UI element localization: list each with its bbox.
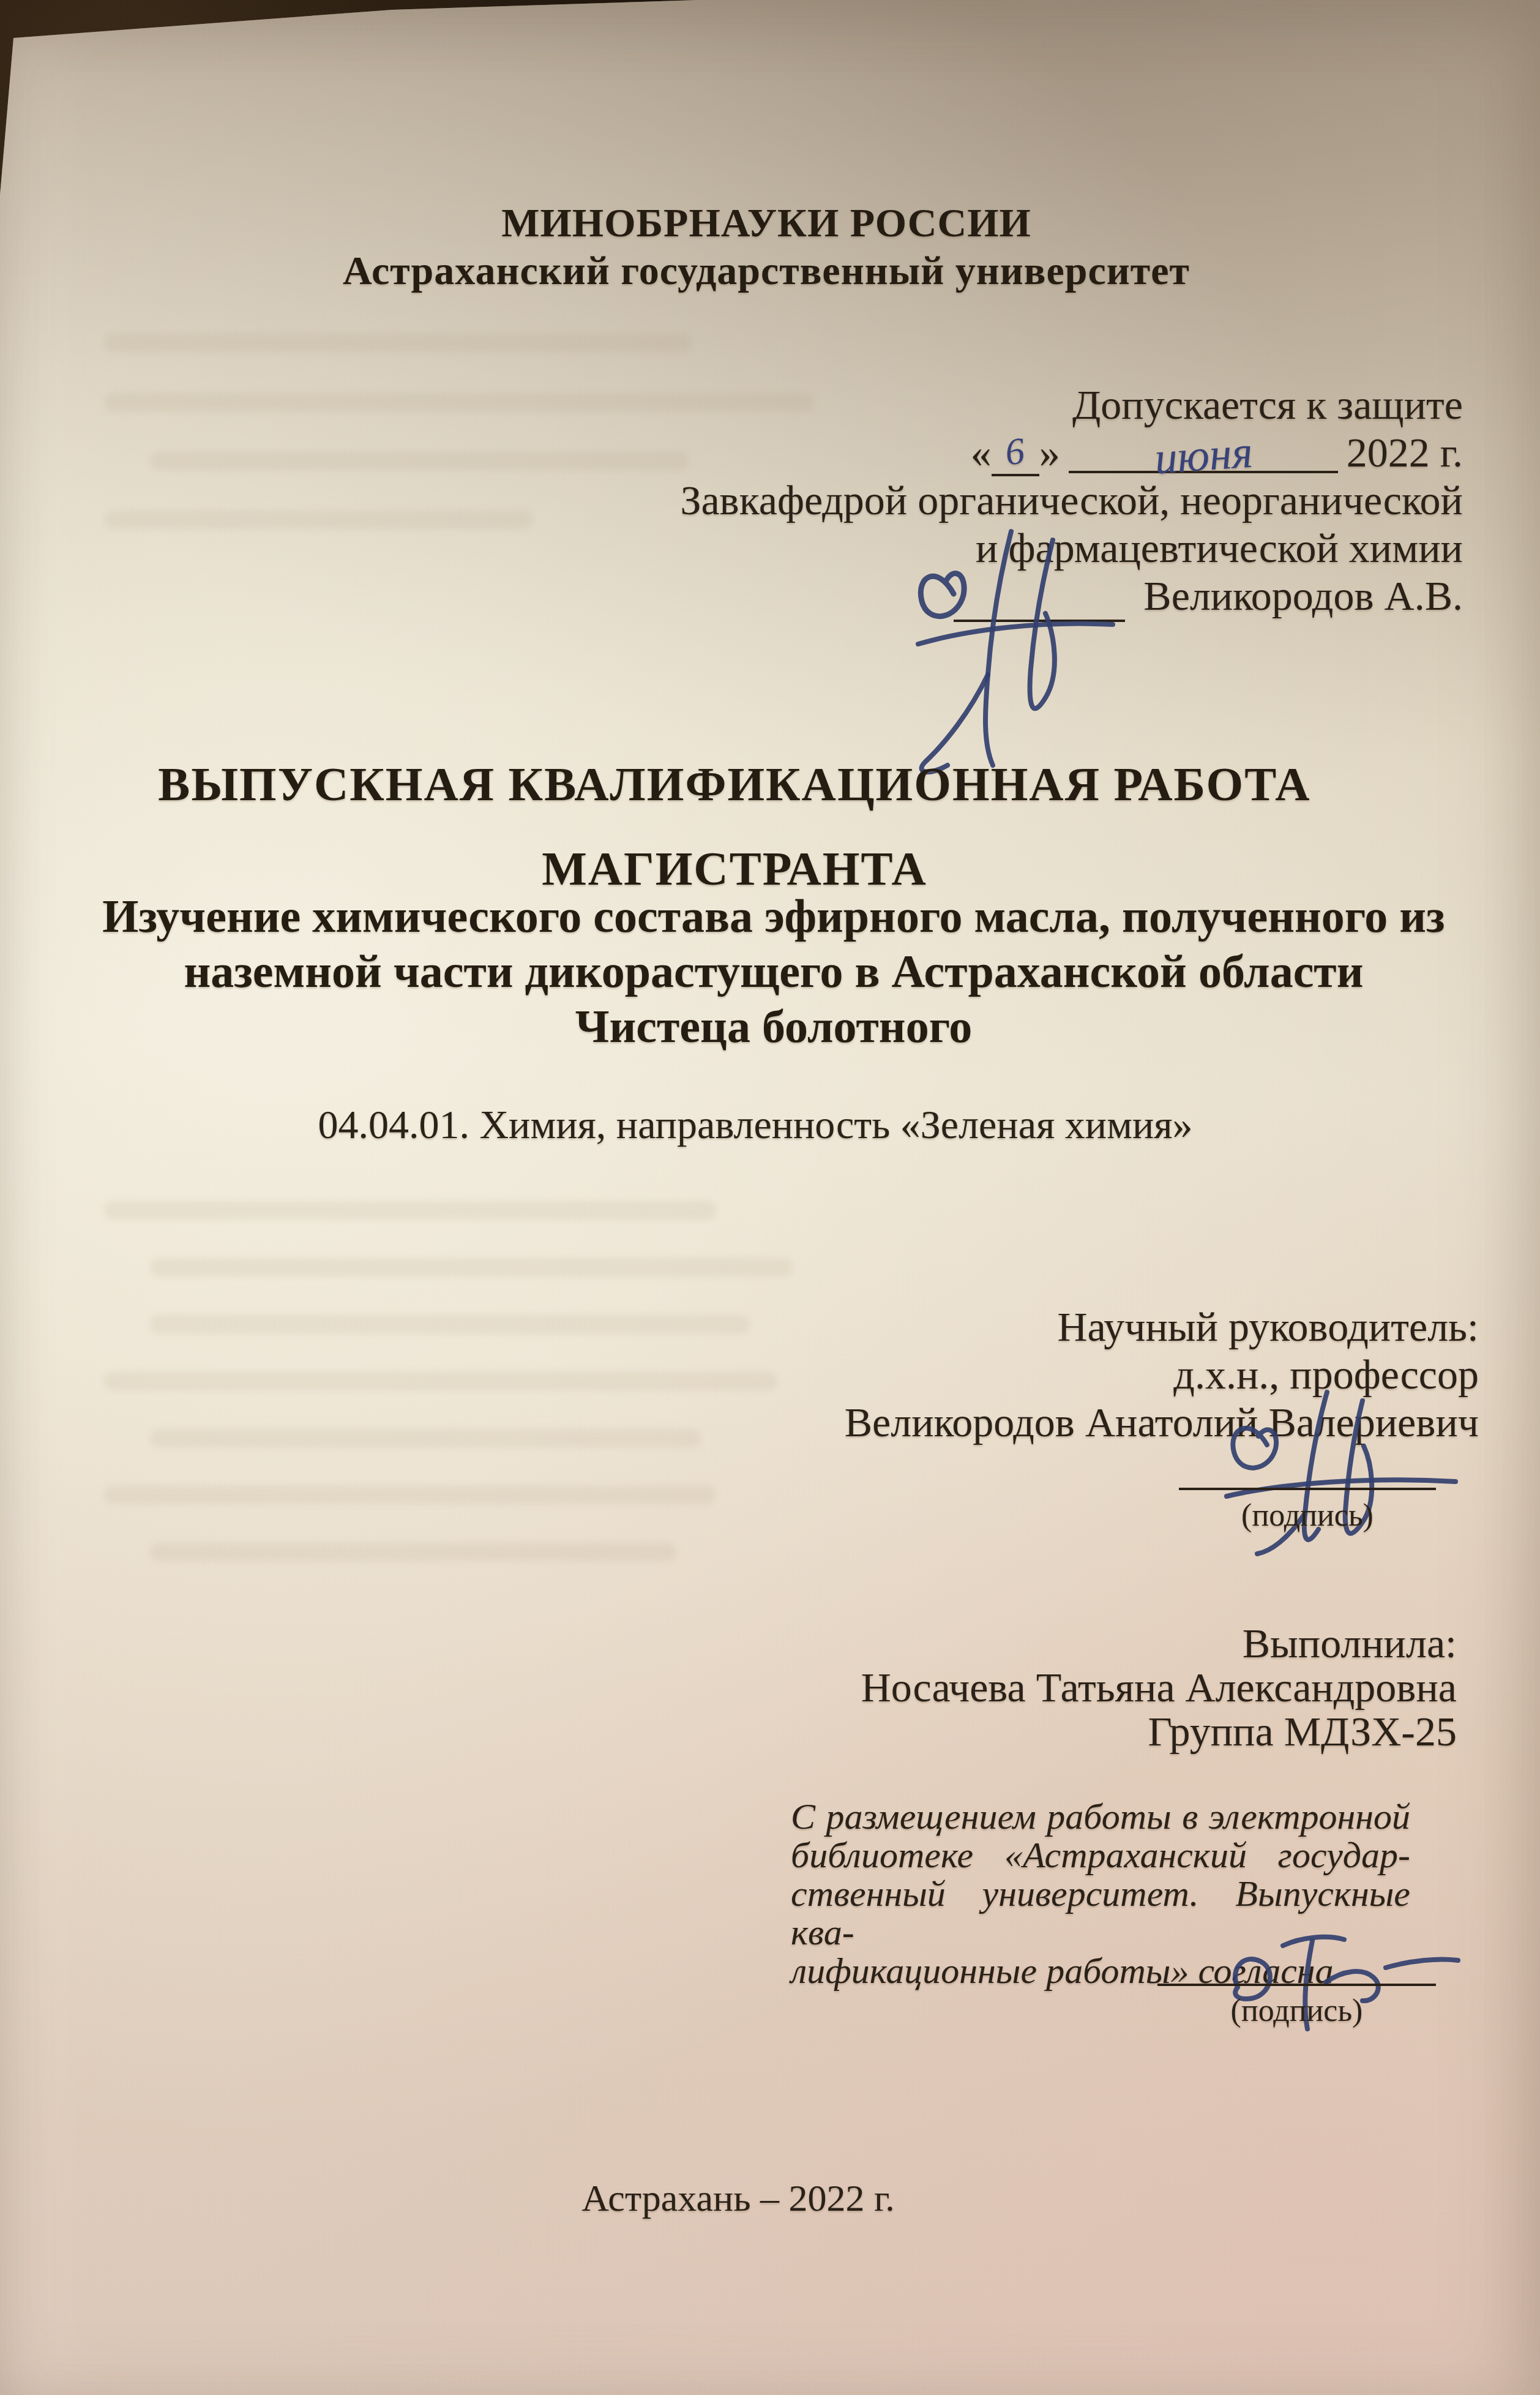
university-name: Астраханский государственный университет	[0, 247, 1536, 295]
student-group: Группа МДЗХ-25	[861, 1709, 1457, 1753]
student-block: Выполнила: Носачева Татьяна Александровн…	[861, 1621, 1457, 1753]
handwritten-day: 6	[1004, 432, 1027, 473]
bleed-through-line	[150, 1315, 750, 1333]
approver-name: Великородов А.В.	[1143, 572, 1463, 619]
open-guillemet: «	[971, 429, 992, 476]
paper-sheet: МИНОБРНАУКИ РОССИИ Астраханский государс…	[0, 0, 1540, 2395]
bleed-through-line	[104, 511, 533, 529]
bleed-through-line	[150, 1543, 676, 1561]
handwritten-day-cell: 6	[992, 433, 1039, 476]
work-type-line1: ВЫПУСКНАЯ КВАЛИФИКАЦИОННАЯ РАБОТА	[0, 742, 1504, 826]
student-signature-line	[1157, 1984, 1436, 1986]
thesis-title-line2: наземной части дикорастущего в Астраханс…	[4, 944, 1540, 999]
consent-line1: С размещением работы в электронной	[791, 1797, 1410, 1836]
thesis-title-line1: Изучение химического состава эфирного ма…	[4, 889, 1540, 944]
approval-department-line1: Завкафедрой органической, неорганической	[680, 476, 1463, 524]
ministry-name: МИНОБРНАУКИ РОССИИ	[0, 200, 1536, 247]
bleed-through-line	[104, 1201, 716, 1220]
department-head-signature-icon	[895, 522, 1121, 779]
handwritten-month-line: июня	[1069, 433, 1338, 473]
consent-line2: библиотеке «Астраханский государ-	[791, 1836, 1410, 1875]
bleed-through-line	[104, 1372, 777, 1390]
approval-admitted-line: Допускается к защите	[680, 381, 1463, 429]
supervisor-label: Научный руководитель:	[845, 1303, 1479, 1351]
supervisor-signature-caption: (подпись)	[1179, 1497, 1436, 1534]
student-label: Выполнила:	[861, 1621, 1457, 1665]
bleed-through-line	[104, 334, 692, 352]
close-guillemet: »	[1039, 429, 1060, 476]
ministry-header: МИНОБРНАУКИ РОССИИ Астраханский государс…	[0, 200, 1536, 295]
student-signature-caption: (подпись)	[1157, 1993, 1436, 2029]
bleed-through-line	[150, 1258, 793, 1276]
approval-date-line: «6»июня2022 г.	[680, 429, 1463, 476]
bleed-through-line	[150, 1429, 701, 1447]
student-name: Носачева Татьяна Александровна	[861, 1665, 1457, 1709]
thesis-title: Изучение химического состава эфирного ма…	[4, 889, 1540, 1054]
program-line: 04.04.01. Химия, направленность «Зеленая…	[0, 1102, 1525, 1149]
bleed-through-line	[104, 1486, 716, 1504]
city-year-line: Астрахань – 2022 г.	[0, 2177, 1508, 2221]
approval-year: 2022 г.	[1347, 429, 1463, 476]
work-type-heading: ВЫПУСКНАЯ КВАЛИФИКАЦИОННАЯ РАБОТА МАГИСТ…	[0, 742, 1504, 911]
thesis-title-line3: Чистеца болотного	[4, 999, 1540, 1054]
photographed-thesis-title-page: { "page": { "header": { "line1": "МИНОБР…	[0, 0, 1540, 2395]
supervisor-signature-line	[1179, 1488, 1436, 1490]
bleed-through-line	[150, 452, 689, 470]
handwritten-month: июня	[1153, 433, 1254, 477]
